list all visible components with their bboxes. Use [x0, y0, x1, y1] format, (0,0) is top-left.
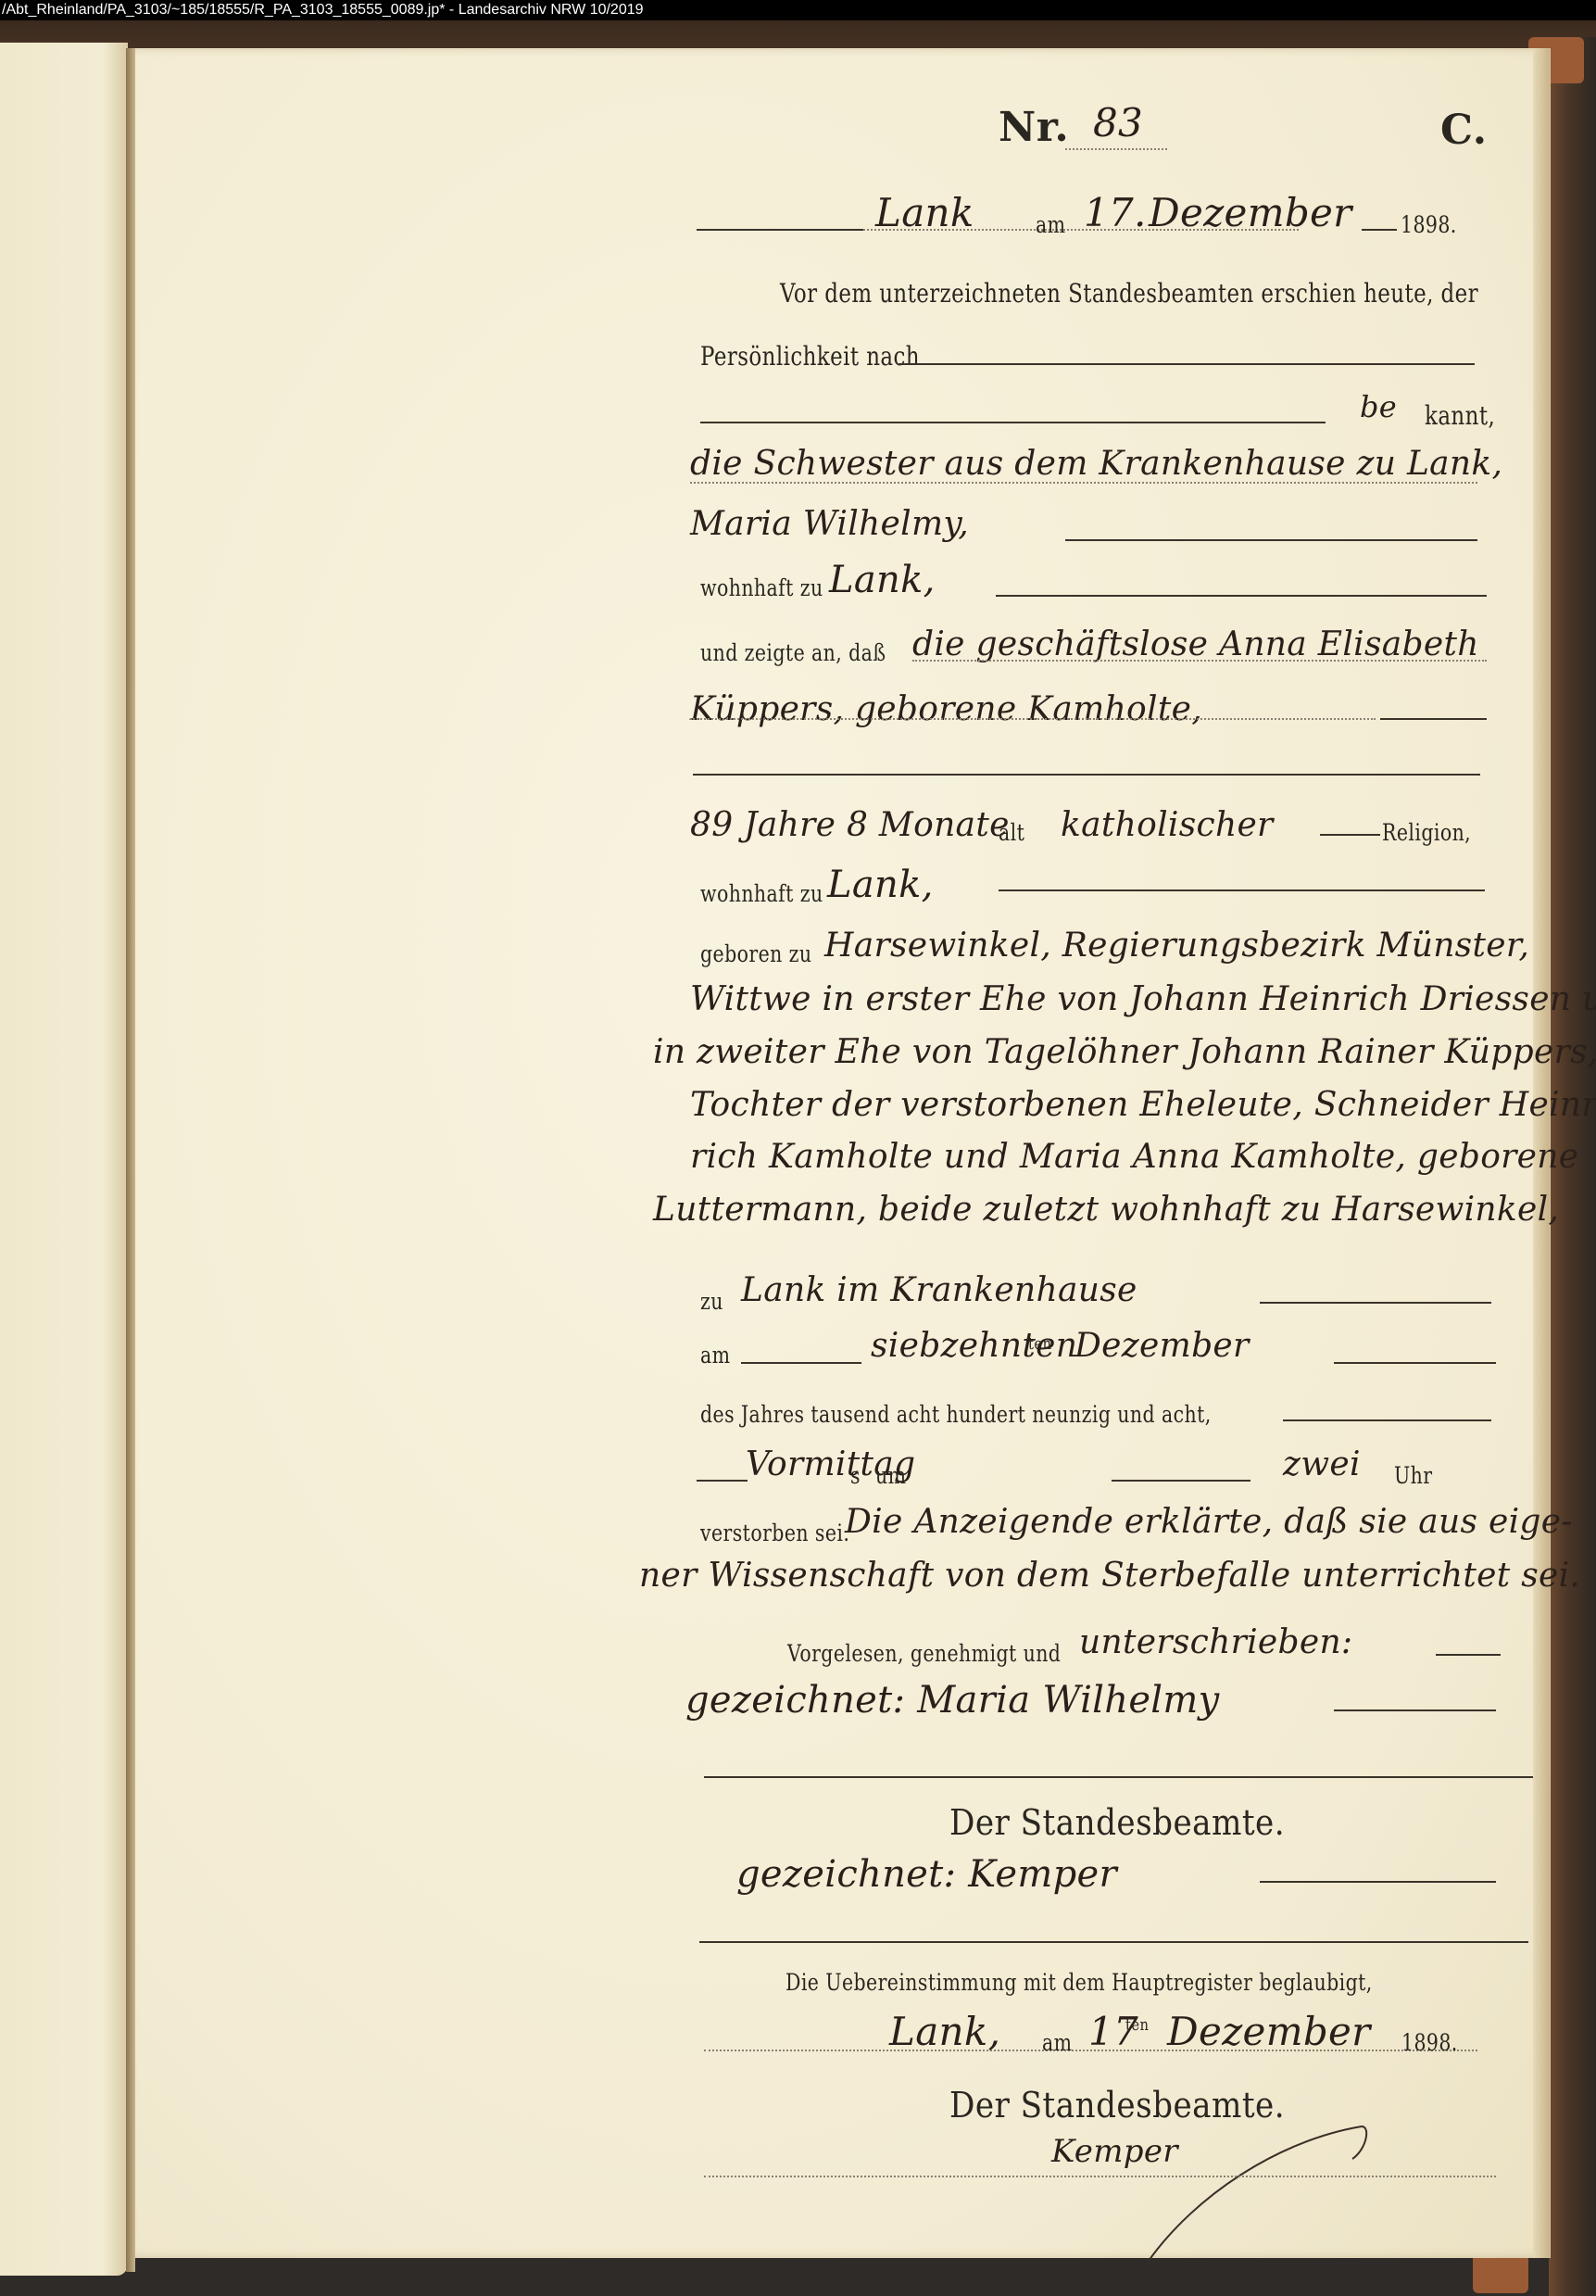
born-label: geboren zu: [700, 940, 811, 967]
cert-heading: Der Standesbeamte.: [949, 2085, 1285, 2126]
announce-label: und zeigte an, daß: [700, 639, 886, 666]
year-text: des Jahres tausend acht hundert neunzig …: [700, 1401, 1212, 1428]
age-label: alt: [999, 819, 1024, 846]
time-um: um: [875, 1462, 906, 1489]
year-printed: 1898.: [1401, 211, 1457, 238]
record-number: 83: [1093, 100, 1143, 145]
age-handwritten: 89 Jahre 8 Monate: [690, 806, 1010, 844]
window-title: /Abt_Rheinland/PA_3103/~185/18555/R_PA_3…: [0, 0, 1596, 20]
identity-label: Persönlichkeit nach: [700, 341, 920, 372]
rule: [1283, 1419, 1491, 1421]
rule: [741, 1362, 861, 1364]
time-uhr: Uhr: [1394, 1462, 1433, 1489]
known-prefix-handwritten: be: [1360, 389, 1397, 424]
rule: [1065, 539, 1477, 541]
rule: [704, 1776, 1533, 1778]
am-label: am: [1036, 211, 1065, 238]
religion-label: Religion,: [1382, 819, 1471, 846]
rule: [693, 774, 1480, 776]
rule: [1260, 1302, 1491, 1304]
cert-month: Dezember: [1167, 2009, 1371, 2054]
informant-residence: Lank,: [829, 559, 936, 601]
died-label: verstorben sei.: [700, 1520, 849, 1546]
known-suffix: kannt,: [1425, 400, 1495, 431]
rule: [1320, 834, 1380, 836]
death-place-label: zu: [700, 1288, 723, 1315]
death-month: Dezember: [1074, 1327, 1250, 1365]
rule: [697, 229, 863, 231]
died-note-2: ner Wissenschaft von dem Sterbefalle unt…: [639, 1557, 1580, 1595]
dotted-line: [912, 660, 1487, 662]
family-line-4: rich Kamholte und Maria Anna Kamholte, g…: [690, 1138, 1578, 1176]
rule: [1334, 1709, 1496, 1711]
rule: [999, 889, 1485, 891]
dotted-line: [704, 2176, 1496, 2177]
informant-description: die Schwester aus dem Krankenhause zu La…: [690, 445, 1502, 483]
deceased-description: die geschäftslose Anna Elisabeth: [912, 625, 1479, 663]
cert-year: 1898.: [1401, 2029, 1458, 2056]
rule: [1380, 718, 1487, 720]
day-handwritten: 17.: [1084, 190, 1147, 235]
read-approved-label: Vorgelesen, genehmigt und: [787, 1640, 1061, 1667]
died-note-1: Die Anzeigende erklärte, daß sie aus eig…: [845, 1503, 1573, 1541]
left-page: [0, 43, 128, 2276]
month-handwritten: Dezember: [1149, 190, 1352, 235]
rule: [1334, 1362, 1496, 1364]
rule: [1260, 1881, 1496, 1883]
cert-place: Lank,: [889, 2009, 1000, 2054]
rule: [700, 422, 1326, 423]
time-s: s: [850, 1462, 861, 1489]
deceased-residence-label: wohnhaft zu: [700, 880, 823, 907]
rule: [996, 595, 1487, 597]
deceased-residence: Lank,: [827, 864, 934, 906]
birth-place: Harsewinkel, Regierungsbezirk Münster,: [824, 927, 1529, 965]
signature-flourish: [1139, 2122, 1371, 2270]
death-day-suffix: ten: [1028, 1334, 1051, 1354]
dotted-line: [1065, 148, 1167, 150]
cert-day-suffix: ten: [1125, 2015, 1149, 2035]
cert-am: am: [1042, 2029, 1072, 2056]
family-line-3: Tochter der verstorbenen Eheleute, Schne…: [690, 1086, 1596, 1124]
family-line-5: Luttermann, beide zuletzt wohnhaft zu Ha…: [653, 1191, 1559, 1229]
read-approved-handwritten: unterschrieben:: [1079, 1623, 1352, 1661]
record-number-label: Nr.: [999, 104, 1069, 151]
place-handwritten: Lank: [875, 190, 974, 235]
dotted-line: [690, 718, 1376, 720]
register-letter: C.: [1440, 107, 1488, 154]
religion-handwritten: katholischer: [1061, 806, 1274, 844]
residence-label: wohnhaft zu: [700, 574, 823, 601]
death-place: Lank im Krankenhause: [741, 1271, 1137, 1309]
book-gutter: [126, 48, 135, 2272]
registrar-heading: Der Standesbeamte.: [949, 1802, 1285, 1843]
rule: [697, 1480, 748, 1482]
registrar-signature: gezeichnet: Kemper: [736, 1853, 1117, 1896]
family-line-2: in zweiter Ehe von Tagelöhner Johann Rai…: [653, 1033, 1596, 1071]
informant-signature: gezeichnet: Maria Wilhelmy: [685, 1679, 1220, 1722]
informant-name: Maria Wilhelmy,: [690, 505, 969, 543]
rule: [1362, 229, 1397, 231]
time-hour: zwei: [1283, 1445, 1361, 1483]
certification-text: Die Uebereinstimmung mit dem Hauptregist…: [785, 1969, 1373, 1996]
intro-text: Vor dem unterzeichneten Standesbeamten e…: [780, 278, 1478, 309]
rule: [899, 363, 1475, 365]
dotted-line: [690, 482, 1477, 484]
rule: [1436, 1654, 1501, 1656]
deceased-name: Küppers, geborene Kamholte,: [690, 690, 1202, 728]
family-line-1: Wittwe in erster Ehe von Johann Heinrich…: [690, 980, 1596, 1018]
death-day-label: am: [700, 1342, 730, 1369]
rule: [1112, 1480, 1250, 1482]
rule: [699, 1941, 1528, 1943]
